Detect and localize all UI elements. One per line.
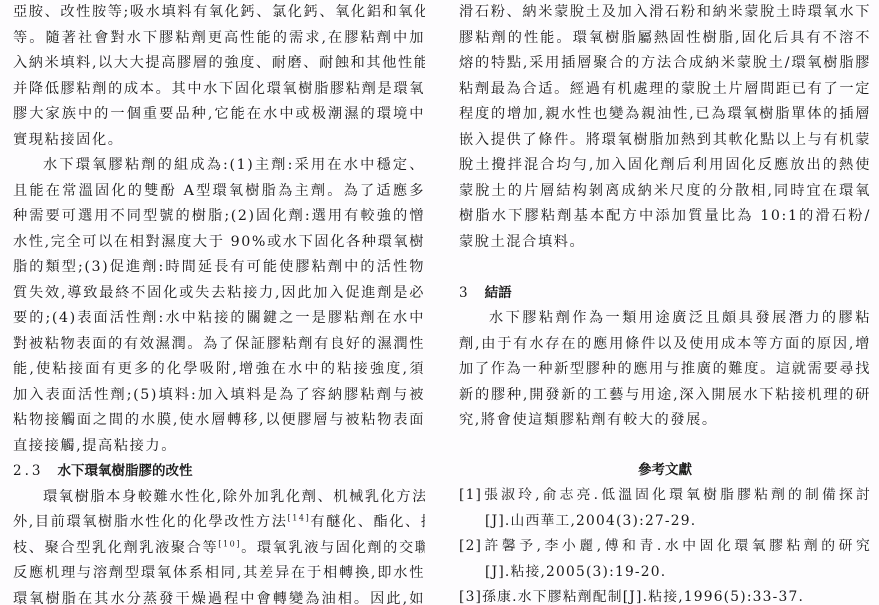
text-line: 究,將會使這類膠粘劑有較大的發展。 <box>459 408 871 434</box>
citation-14[interactable]: [14] <box>288 513 311 522</box>
section-title: 水下環氧樹脂膠的改性 <box>57 463 192 479</box>
reference-item-2: [2]許馨予,李小麗,傅和青.水中固化環氧膠粘劑的研究 <box>459 534 871 560</box>
text-line: 且能在常溫固化的雙酚 A型環氧樹脂為主劑。為了适應多 <box>13 179 425 205</box>
reference-text: 許馨予,李小麗,傅和青.水中固化環氧膠粘劑的研究 <box>482 538 871 554</box>
intro-paragraph: 亞胺、改性胺等;吸水填料有氧化鈣、氯化鈣、氧化鋁和氧化鎂 等。隨著社會對水下膠粘… <box>13 0 425 153</box>
text-line: 對被粘物表面的有效濕潤。為了保証膠粘劑有良好的濕潤性 <box>13 332 425 358</box>
reference-label: [3] <box>459 589 482 605</box>
conclusion-paragraph: 水下膠粘劑作為一類用途廣泛且頗具發展潛力的膠粘 劑,由于有水存在的應用條件以及使… <box>459 306 871 434</box>
text-line: 加入表面活性劑;(5)填料:加入填料是為了容納膠粘劑与被 <box>13 383 425 409</box>
text-segment: 外,目前環氧樹脂水性化的化學改性方法 <box>13 514 288 530</box>
text-line: 粘劑最為合适。經過有机處理的蒙脫土片層間距已有了一定 <box>459 77 871 103</box>
text-line: 种需要可選用不同型號的樹脂;(2)固化劑:選用有較強的憎 <box>13 204 425 230</box>
text-line: 脫土攪拌混合均勻,加入固化劑后利用固化反應放出的熱使 <box>459 153 871 179</box>
text-line: 水下膠粘劑作為一類用途廣泛且頗具發展潛力的膠粘 <box>459 306 871 332</box>
text-line: 蒙脫土的片層結构剝离成納米尺度的分散相,同時宜在環氧 <box>459 179 871 205</box>
section-number: 2.3 <box>13 463 43 479</box>
text-line: 加了作為一种新型膠种的應用与推廣的難度。這就需要尋找 <box>459 357 871 383</box>
text-line: 新的膠种,開發新的工藝与用途,深入開展水下粘接机理的研 <box>459 383 871 409</box>
text-line: 環氧樹脂在其水分蒸發干燥過程中會轉變為油相。因此,如 <box>13 587 425 605</box>
left-column: 亞胺、改性胺等;吸水填料有氧化鈣、氯化鈣、氧化鋁和氧化鎂 等。隨著社會對水下膠粘… <box>13 0 425 605</box>
text-line: 樹脂水下膠粘劑基本配方中添加質量比為 10:1的滑石粉/ <box>459 204 871 230</box>
text-line: 水性,完全可以在相對濕度大于 90%或水下固化各种環氧樹 <box>13 230 425 256</box>
text-line: 劑,由于有水存在的應用條件以及使用成本等方面的原因,增 <box>459 332 871 358</box>
text-line: 亞胺、改性胺等;吸水填料有氧化鈣、氯化鈣、氧化鋁和氧化鎂 <box>13 0 425 26</box>
text-line: 環氧樹脂本身較難水性化,除外加乳化劑、机械乳化方法 <box>13 485 425 511</box>
spacer <box>459 434 871 456</box>
text-line: 程度的增加,親水性也變為親油性,已為環氧樹脂單体的插層 <box>459 102 871 128</box>
section-title: 結語 <box>485 285 512 301</box>
text-line: 實現粘接固化。 <box>13 128 425 154</box>
reference-item-3: [3]孫康.水下膠粘劑配制[J].粘接,1996(5):33-37. <box>459 585 871 605</box>
text-line: 粘物接觸面之間的水膜,使水層轉移,以便膠層与被粘物表面 <box>13 408 425 434</box>
citation-10[interactable]: [10] <box>218 539 241 548</box>
text-line: 膠大家族中的一個重要品种,它能在水中或极潮濕的環境中 <box>13 102 425 128</box>
text-segment: 。環氧乳液与固化劑的交聯 <box>241 540 425 556</box>
reference-item-1: [1]張淑玲,俞志亮.低溫固化環氧樹脂膠粘劑的制備探討 <box>459 483 871 509</box>
composition-paragraph: 水下環氧膠粘劑的組成為:(1)主劑:采用在水中穩定、 且能在常溫固化的雙酚 A型… <box>13 153 425 459</box>
text-line: 嵌入提供了條件。將環氧樹脂加熱到其軟化點以上与有机蒙 <box>459 128 871 154</box>
text-line: 入納米填料,以大大提高膠層的強度、耐磨、耐蝕和其他性能, <box>13 51 425 77</box>
reference-label: [1] <box>459 487 482 503</box>
text-line: 能,使粘接面有更多的化學吸附,增強在水中的粘接強度,須 <box>13 357 425 383</box>
section-heading-2-3: 2.3水下環氧樹脂膠的改性 <box>13 459 425 485</box>
reference-text: 孫康.水下膠粘劑配制[J].粘接,1996(5):33-37. <box>482 589 804 605</box>
text-line: 直接接觸,提高粘接力。 <box>13 434 425 460</box>
section-number: 3 <box>459 285 471 301</box>
text-segment: 有醚化、酯化、接 <box>310 514 425 530</box>
continuation-paragraph: 滑石粉、納米蒙脫土及加入滑石粉和納米蒙脫土時環氧水下 膠粘劑的性能。環氧樹脂屬熱… <box>459 0 871 255</box>
modification-paragraph: 環氧樹脂本身較難水性化,除外加乳化劑、机械乳化方法 外,目前環氧樹脂水性化的化學… <box>13 485 425 605</box>
reference-text: 張淑玲,俞志亮.低溫固化環氧樹脂膠粘劑的制備探討 <box>482 487 871 503</box>
references-title: 參考文獻 <box>459 458 871 484</box>
text-line: 熔的特點,采用插層聚合的方法合成納米蒙脫土/環氧樹脂膠 <box>459 51 871 77</box>
text-line: 水下環氧膠粘劑的組成為:(1)主劑:采用在水中穩定、 <box>13 153 425 179</box>
text-line: 要的;(4)表面活性劑:水中粘接的關鍵之一是膠粘劑在水中 <box>13 306 425 332</box>
spacer <box>459 255 871 281</box>
text-line: 滑石粉、納米蒙脫土及加入滑石粉和納米蒙脫土時環氧水下 <box>459 0 871 26</box>
references-list: [1]張淑玲,俞志亮.低溫固化環氧樹脂膠粘劑的制備探討 [J].山西華工,200… <box>459 483 871 605</box>
text-line: 并降低膠粘劑的成本。其中水下固化環氧樹脂膠粘劑是環氧 <box>13 77 425 103</box>
section-heading-3: 3結語 <box>459 281 871 307</box>
reference-item-1-cont: [J].山西華工,2004(3):27-29. <box>459 509 871 535</box>
text-line: 反應机理与溶劑型環氧体系相同,其差异在于相轉換,即水性 <box>13 561 425 587</box>
text-line: 蒙脫土混合填料。 <box>459 230 871 256</box>
right-column: 滑石粉、納米蒙脫土及加入滑石粉和納米蒙脫土時環氧水下 膠粘劑的性能。環氧樹脂屬熱… <box>459 0 871 605</box>
text-line: 枝、聚合型乳化劑乳液聚合等[10]。環氧乳液与固化劑的交聯 <box>13 536 425 562</box>
text-line: 脂的類型;(3)促進劑:時間延長有可能使膠粘劑中的活性物 <box>13 255 425 281</box>
reference-item-2-cont: [J].粘接,2005(3):19-20. <box>459 560 871 586</box>
text-line: 等。隨著社會對水下膠粘劑更高性能的需求,在膠粘劑中加 <box>13 26 425 52</box>
text-line: 膠粘劑的性能。環氧樹脂屬熱固性樹脂,固化后具有不溶不 <box>459 26 871 52</box>
text-line: 外,目前環氧樹脂水性化的化學改性方法[14]有醚化、酯化、接 <box>13 510 425 536</box>
reference-label: [2] <box>459 538 482 554</box>
text-line: 質失效,導致最終不固化或失去粘接力,因此加入促進劑是必 <box>13 281 425 307</box>
text-segment: 枝、聚合型乳化劑乳液聚合等 <box>13 540 218 556</box>
